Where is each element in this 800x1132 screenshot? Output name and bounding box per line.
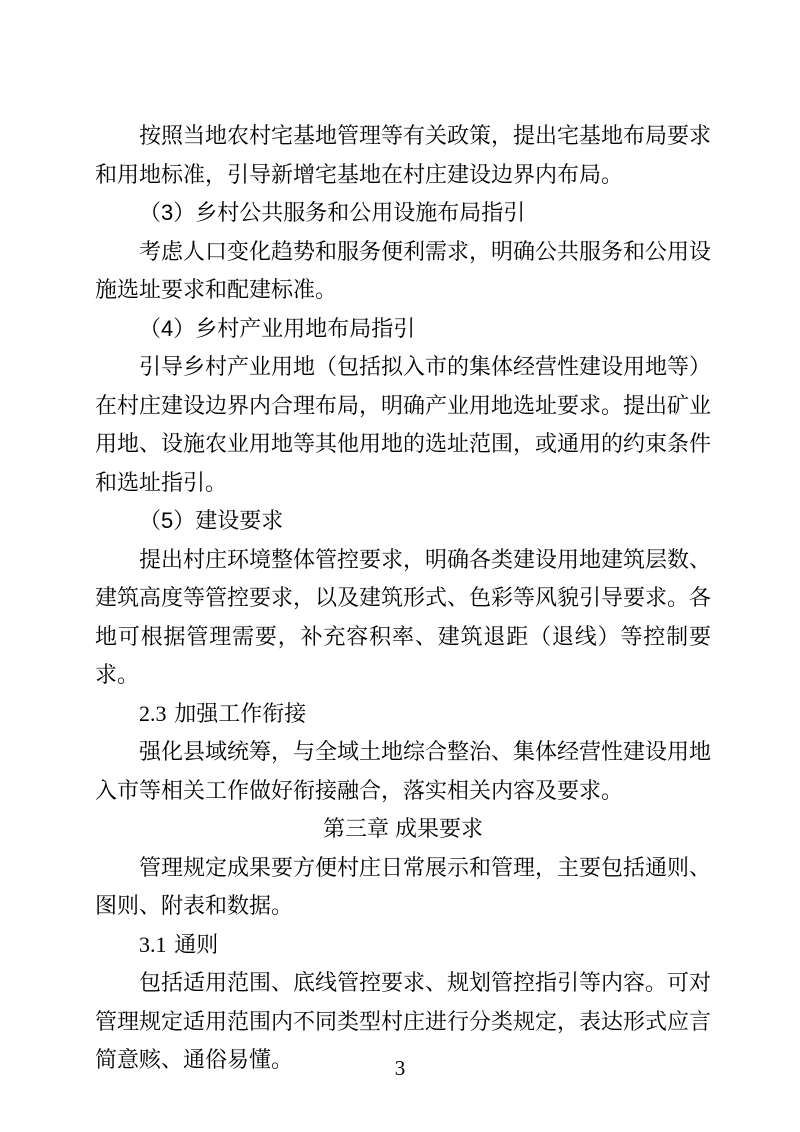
para-deliverables-overview: 管理规定成果要方便村庄日常展示和管理，主要包括通则、图则、附表和数据。 [95, 849, 711, 926]
heading-construction-requirements: （5）建设要求 [95, 502, 711, 541]
page-number: 3 [0, 1056, 800, 1080]
heading-public-services-layout: （3）乡村公共服务和公用设施布局指引 [95, 194, 711, 233]
heading-chapter-3-deliverables: 第三章 成果要求 [95, 810, 711, 849]
document-page: 按照当地农村宅基地管理等有关政策，提出宅基地布局要求和用地标准，引导新增宅基地在… [0, 0, 800, 1132]
para-public-services: 考虑人口变化趋势和服务便利需求，明确公共服务和公用设施选址要求和配建标准。 [95, 233, 711, 310]
para-industrial-land: 引导乡村产业用地（包括拟入市的集体经营性建设用地等）在村庄建设边界内合理布局，明… [95, 348, 711, 502]
section-number: 3.1 [139, 932, 167, 957]
section-number: 2.3 [139, 701, 167, 726]
document-body: 按照当地农村宅基地管理等有关政策，提出宅基地布局要求和用地标准，引导新增宅基地在… [95, 117, 711, 1080]
para-construction-requirements: 提出村庄环境整体管控要求，明确各类建设用地建筑层数、建筑高度等管控要求，以及建筑… [95, 541, 711, 695]
heading-section-2-3-work-coordination: 2.3加强工作衔接 [95, 695, 711, 734]
section-title: 加强工作衔接 [174, 701, 306, 726]
para-work-coordination: 强化县域统筹，与全域土地综合整治、集体经营性建设用地入市等相关工作做好衔接融合，… [95, 733, 711, 810]
section-title: 通则 [174, 932, 218, 957]
heading-industrial-land-layout: （4）乡村产业用地布局指引 [95, 310, 711, 349]
heading-section-3-1-general-rules: 3.1通则 [95, 926, 711, 965]
para-residential-land-policy: 按照当地农村宅基地管理等有关政策，提出宅基地布局要求和用地标准，引导新增宅基地在… [95, 117, 711, 194]
